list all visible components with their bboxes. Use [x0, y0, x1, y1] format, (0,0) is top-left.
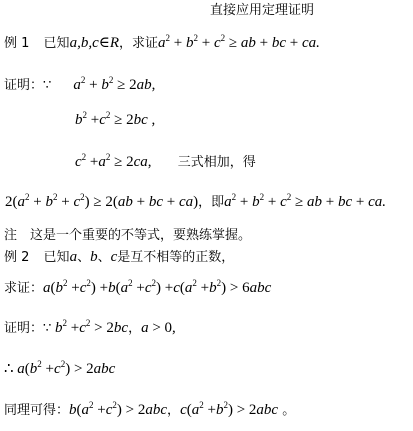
- example-2-given-prefix: 已知: [44, 250, 70, 265]
- proof-1-conclusion-mid: ，即: [198, 195, 224, 210]
- example-2-statement: 例 2 已知a、b、c是互不相等的正数，: [4, 249, 234, 266]
- proof-2-therefore: ∴ a(b2 +c2) > 2abc: [4, 361, 115, 378]
- example-1-statement: 例 1 已知a,b,c∈R，求证a2 + b2 + c2 ≥ ab + bc +…: [4, 35, 320, 52]
- example-2-prove-math: a(b2 +c2) +b(a2 +c2) +c(a2 +b2) > 6abc: [43, 280, 271, 296]
- note: 注 这是一个重要的不等式，要熟练掌握。: [4, 228, 251, 244]
- example-1-label: 例 1: [4, 36, 29, 51]
- proof-2-step-1-math: b2 +c2 > 2bc，a > 0,: [51, 320, 176, 336]
- example-1-prove-prefix: ，求证: [119, 36, 158, 51]
- example-2-prove: 求证：a(b2 +c2) +b(a2 +c2) +c(a2 +b2) > 6ab…: [4, 280, 271, 297]
- proof-1-step-3-math: c2 +a2 ≥ 2ca,: [75, 154, 152, 170]
- proof-1-step-2-math: b2 +c2 ≥ 2bc ,: [75, 112, 155, 128]
- proof-2-therefore-math: ∴ a(b2 +c2) > 2abc: [4, 361, 115, 377]
- proof-1-conclusion-math: 2(a2 + b2 + c2) ≥ 2(ab + bc + ca): [5, 194, 198, 210]
- proof-2-label: 证明：∵: [4, 321, 51, 336]
- example-2-given-math: a、b、c: [70, 249, 118, 265]
- proof-1-conclusion-math-2: a2 + b2 + c2 ≥ ab + bc + ca.: [224, 194, 386, 210]
- example-2-given-suffix: 是互不相等的正数，: [117, 250, 234, 265]
- proof-1-step-3-note: 三式相加，得: [178, 155, 256, 170]
- example-2-prove-label: 求证：: [4, 281, 43, 296]
- proof-1-conclusion: 2(a2 + b2 + c2) ≥ 2(ab + bc + ca)，即a2 + …: [5, 194, 386, 211]
- proof-2-similarly-label: 同理可得：: [4, 403, 69, 418]
- proof-1-label: 证明：∵: [4, 78, 51, 93]
- proof-1-step-1: 证明：∵ a2 + b2 ≥ 2ab,: [4, 77, 155, 94]
- example-1-given-prefix: 已知: [44, 36, 70, 51]
- example-2-label: 例 2: [4, 250, 29, 265]
- document-title: 直接应用定理证明: [210, 3, 314, 19]
- example-1-given-math: a,b,c∈R: [70, 35, 119, 51]
- proof-1-step-3: c2 +a2 ≥ 2ca, 三式相加，得: [75, 154, 256, 171]
- proof-1-step-2: b2 +c2 ≥ 2bc ,: [75, 112, 155, 129]
- proof-2-step-1: 证明：∵ b2 +c2 > 2bc，a > 0,: [4, 320, 176, 337]
- proof-2-similarly-math: b(a2 +c2) > 2abc，c(a2 +b2) > 2abc 。: [69, 402, 295, 418]
- proof-2-similarly: 同理可得：b(a2 +c2) > 2abc，c(a2 +b2) > 2abc 。: [4, 402, 295, 419]
- proof-1-step-1-math: a2 + b2 ≥ 2ab,: [73, 77, 155, 93]
- example-1-prove-math: a2 + b2 + c2 ≥ ab + bc + ca.: [158, 35, 320, 51]
